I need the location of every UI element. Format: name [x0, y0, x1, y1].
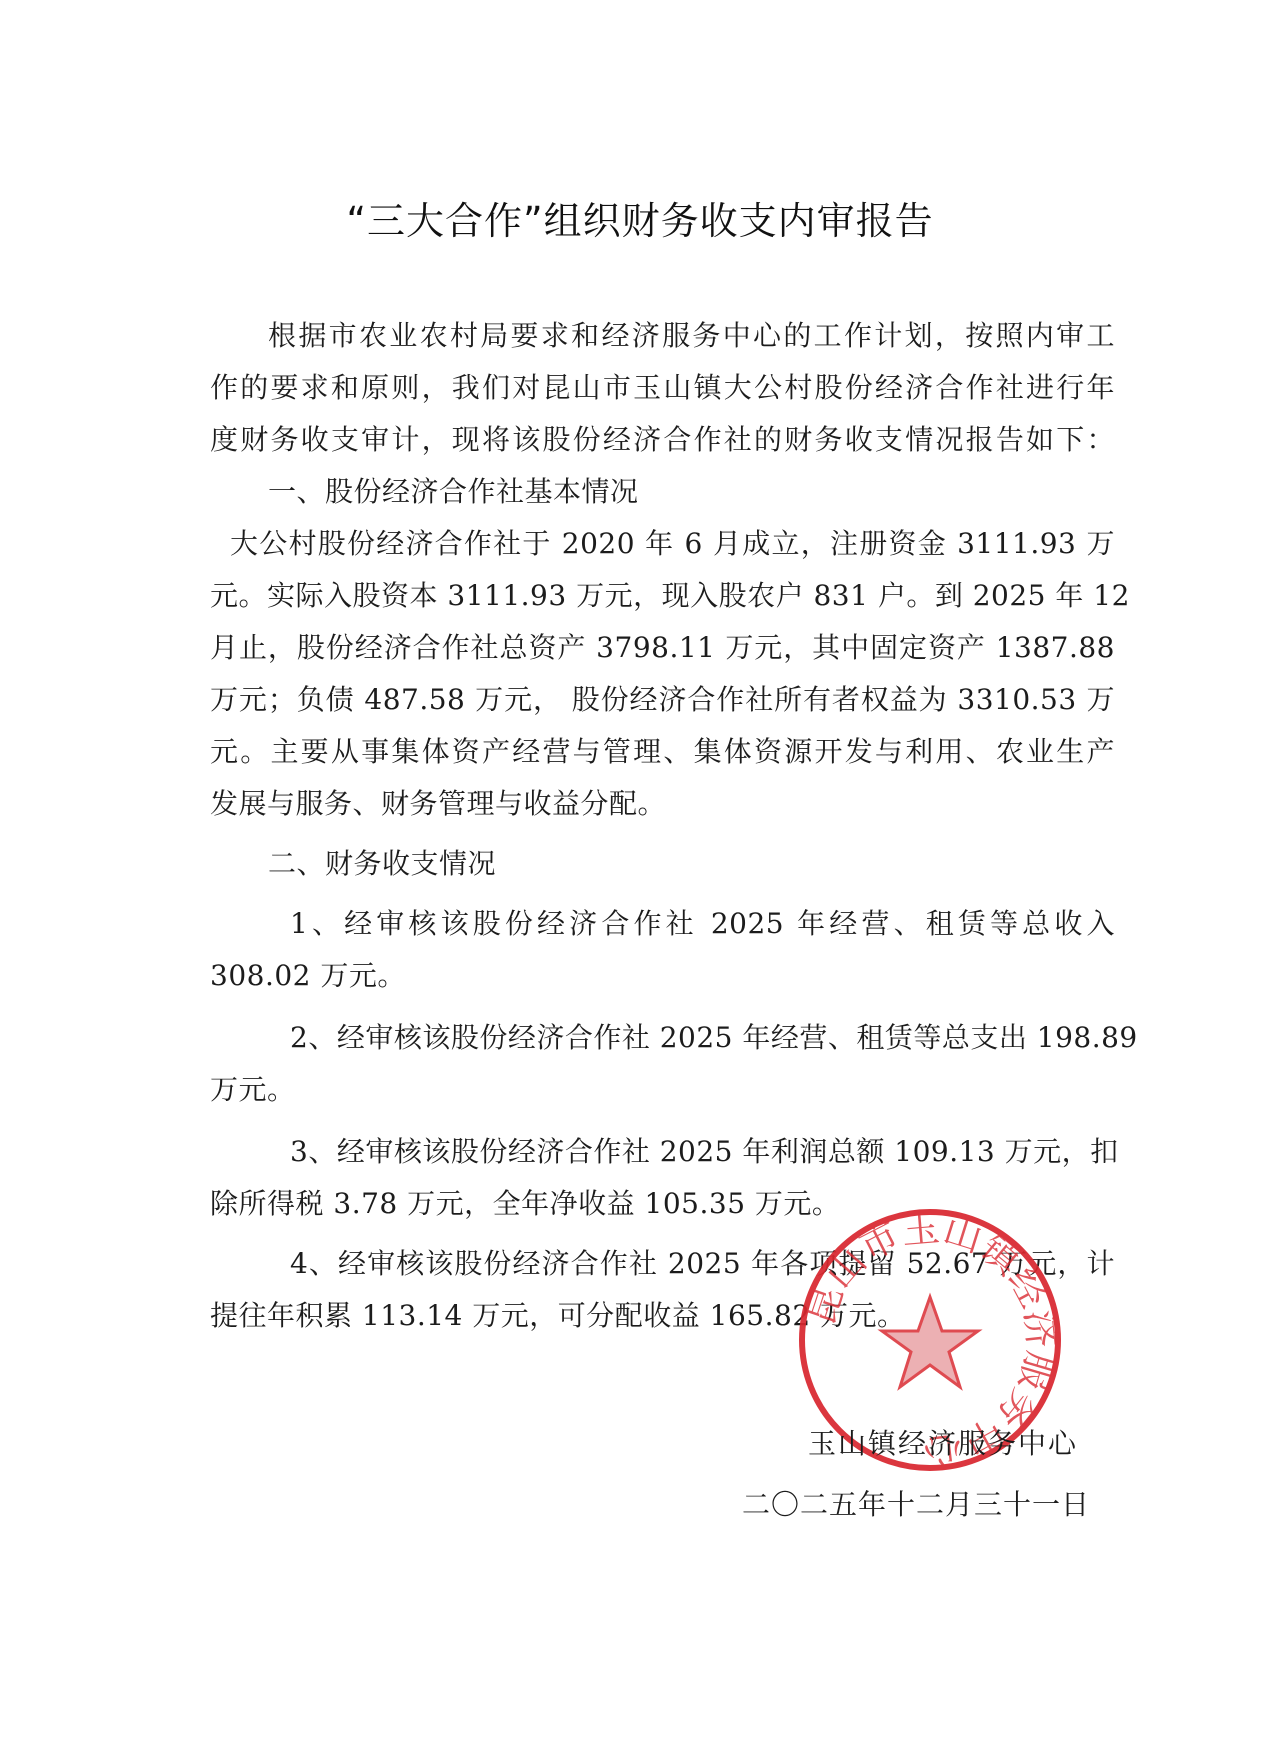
section1-line-2: 元。实际入股资本 3111.93 万元，现入股农户 831 户。到 2025 年…	[210, 578, 1115, 614]
signature-organization: 玉山镇经济服务中心	[808, 1426, 1078, 1462]
section1-line-5: 元。主要从事集体资产经营与管理、集体资源开发与利用、农业生产	[210, 734, 1115, 770]
document-page: “三大合作”组织财务收支内审报告 根据市农业农村局要求和经济服务中心的工作计划，…	[0, 0, 1280, 1758]
item-2-line-1: 2、经审核该股份经济合作社 2025 年经营、租赁等总支出 198.89	[290, 1020, 1115, 1056]
section1-line-4: 万元；负债 487.58 万元， 股份经济合作社所有者权益为 3310.53 万	[210, 682, 1115, 718]
intro-line-2: 作的要求和原则，我们对昆山市玉山镇大公村股份经济合作社进行年	[210, 370, 1115, 406]
item-3-line-2: 除所得税 3.78 万元，全年净收益 105.35 万元。	[210, 1186, 1115, 1222]
intro-line-3: 度财务收支审计，现将该股份经济合作社的财务收支情况报告如下：	[210, 422, 1115, 458]
item-1-line-2: 308.02 万元。	[210, 958, 1115, 994]
item-2-line-2: 万元。	[210, 1072, 1115, 1108]
document-title: “三大合作”组织财务收支内审报告	[0, 190, 1280, 245]
section1-line-3: 月止，股份经济合作社总资产 3798.11 万元，其中固定资产 1387.88	[210, 630, 1115, 666]
section1-line-6: 发展与服务、财务管理与收益分配。	[210, 786, 1115, 822]
item-4-line-1: 4、经审核该股份经济合作社 2025 年各项提留 52.67 万元，计	[290, 1246, 1115, 1282]
intro-line-1: 根据市农业农村局要求和经济服务中心的工作计划，按照内审工	[268, 318, 1115, 354]
item-3-line-1: 3、经审核该股份经济合作社 2025 年利润总额 109.13 万元，扣	[290, 1134, 1115, 1170]
section1-line-1: 大公村股份经济合作社于 2020 年 6 月成立，注册资金 3111.93 万	[230, 526, 1115, 562]
section1-heading: 一、股份经济合作社基本情况	[268, 474, 1115, 510]
signature-date: 二〇二五年十二月三十一日	[742, 1487, 1090, 1523]
section2-heading: 二、财务收支情况	[268, 846, 1115, 882]
item-4-line-2: 提往年积累 113.14 万元，可分配收益 165.82 万元。	[210, 1298, 1115, 1334]
item-1-line-1: 1、经审核该股份经济合作社 2025 年经营、租赁等总收入	[290, 906, 1115, 942]
